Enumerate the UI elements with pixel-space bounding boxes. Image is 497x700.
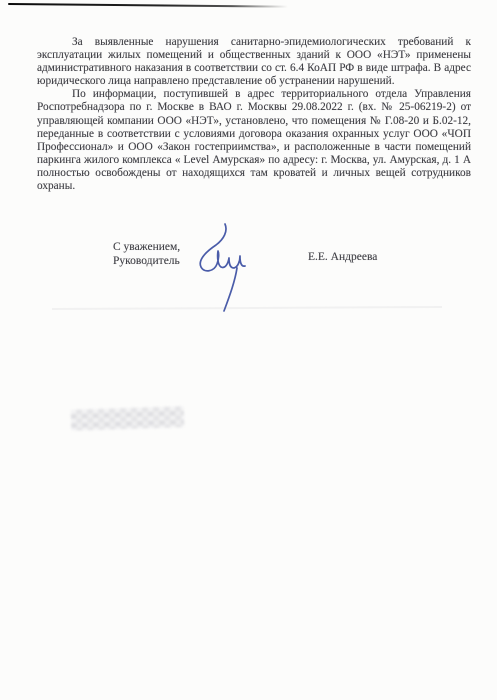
text-line: административного наказания в соответств… [37, 62, 471, 75]
text-line: По информации, поступившей в адрес терри… [37, 88, 471, 101]
signee-name: Е.Е. Андреева [308, 251, 377, 263]
letter-body: За выявленные нарушения санитарно-эпидем… [37, 36, 471, 193]
text-line: За выявленные нарушения санитарно-эпидем… [37, 36, 471, 49]
closing-regards: С уважением, [113, 241, 180, 255]
scanned-letter-page: За выявленные нарушения санитарно-эпидем… [0, 0, 497, 700]
closing-block: С уважением, Руководитель [113, 241, 180, 268]
paragraph-1: За выявленные нарушения санитарно-эпидем… [37, 36, 471, 88]
closing-title: Руководитель [113, 255, 180, 269]
text-line: эксплуатации жилых помещений и обществен… [37, 49, 471, 62]
text-line: управляющей компании ООО «НЭТ», установл… [37, 115, 471, 128]
handwritten-signature [188, 221, 260, 316]
text-line: охраны. [37, 180, 471, 193]
redacted-text-blur [71, 406, 185, 431]
scan-artifact-line [8, 3, 288, 8]
paragraph-2: По информации, поступившей в адрес терри… [37, 88, 471, 193]
text-line: юридического лица направлено представлен… [37, 75, 471, 88]
text-line: Роспотребнадзора по г. Москве в ВАО г. М… [37, 101, 471, 114]
text-line: Профессионал» и ООО «Закон гостеприимств… [37, 141, 471, 154]
text-line: паркинга жилого комплекса « Level Амурск… [37, 154, 471, 167]
text-line: переданные в соответствии с условиями до… [37, 128, 471, 141]
text-line: полностью освобождены от находящихся там… [37, 167, 471, 180]
